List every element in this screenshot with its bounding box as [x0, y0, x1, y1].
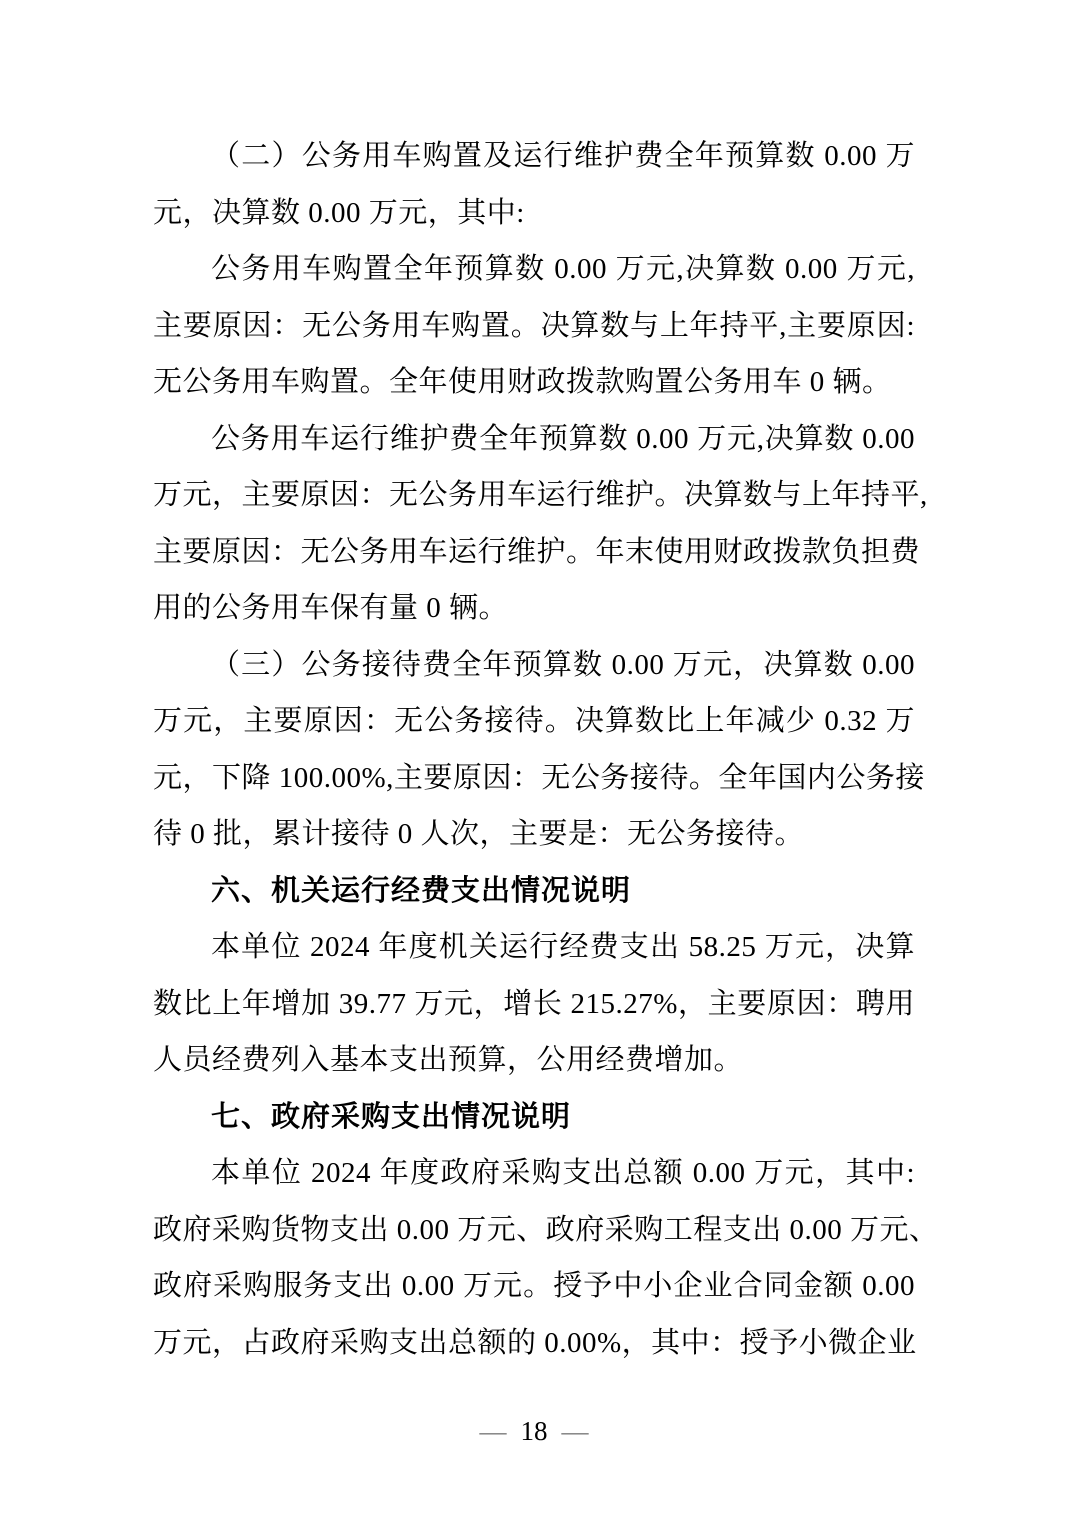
footer-right-dash: — [548, 1416, 603, 1446]
text-line: 本单位 2024 年度政府采购支出总额 0.00 万元，其中: [153, 1145, 915, 1202]
text-line: 用的公务用车保有量 0 辆。 [153, 580, 915, 637]
footer-left-dash: — [466, 1416, 521, 1446]
text-line: 主要原因：无公务用车购置。决算数与上年持平,主要原因: [153, 298, 915, 355]
text-line: （三）公务接待费全年预算数 0.00 万元，决算数 0.00 [153, 637, 915, 694]
text-line: 无公务用车购置。全年使用财政拨款购置公务用车 0 辆。 [153, 354, 915, 411]
section-heading: 七、政府采购支出情况说明 [153, 1089, 915, 1146]
text-line: 公务用车购置全年预算数 0.00 万元,决算数 0.00 万元, [153, 241, 915, 298]
text-line: 本单位 2024 年度机关运行经费支出 58.25 万元，决算 [153, 919, 915, 976]
text-line: 主要原因：无公务用车运行维护。年末使用财政拨款负担费 [153, 524, 915, 581]
text-line: 数比上年增加 39.77 万元，增长 215.27%，主要原因：聘用 [153, 976, 915, 1033]
section-heading: 六、机关运行经费支出情况说明 [153, 863, 915, 920]
text-line: 公务用车运行维护费全年预算数 0.00 万元,决算数 0.00 [153, 411, 915, 468]
text-line: 政府采购服务支出 0.00 万元。授予中小企业合同金额 0.00 [153, 1258, 915, 1315]
text-line: 政府采购货物支出 0.00 万元、政府采购工程支出 0.00 万元、 [153, 1202, 915, 1259]
text-line: 待 0 批，累计接待 0 人次，主要是：无公务接待。 [153, 806, 915, 863]
page-footer: —18— [153, 1411, 915, 1451]
text-line: 万元，占政府采购支出总额的 0.00%，其中：授予小微企业 [153, 1315, 915, 1372]
text-line: 元，下降 100.00%,主要原因：无公务接待。全年国内公务接 [153, 750, 915, 807]
text-line: 万元，主要原因：无公务接待。决算数比上年减少 0.32 万 [153, 693, 915, 750]
text-line: （二）公务用车购置及运行维护费全年预算数 0.00 万 [153, 128, 915, 185]
document-page: （二）公务用车购置及运行维护费全年预算数 0.00 万元，决算数 0.00 万元… [0, 0, 1074, 1520]
text-line: 人员经费列入基本支出预算，公用经费增加。 [153, 1032, 915, 1089]
document-body: （二）公务用车购置及运行维护费全年预算数 0.00 万元，决算数 0.00 万元… [153, 128, 915, 1371]
page-number: 18 [521, 1416, 548, 1446]
text-line: 万元，主要原因：无公务用车运行维护。决算数与上年持平, [153, 467, 915, 524]
text-line: 元，决算数 0.00 万元，其中: [153, 185, 915, 242]
